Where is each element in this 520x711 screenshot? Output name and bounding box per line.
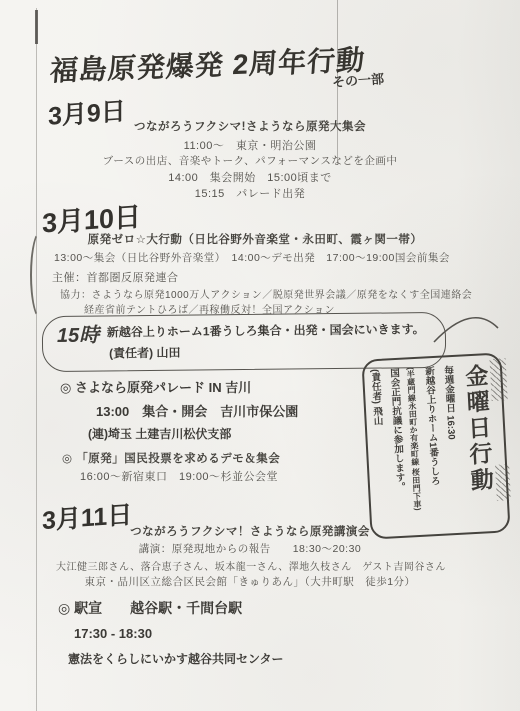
mar11-lecture-title: つながろうフクシマ！さようなら原発講演会 <box>50 523 450 539</box>
mar10-schedule: 13:00～集会（日比谷野外音楽堂） 14:00～デモ出発 17:00～19:0… <box>54 250 494 265</box>
mar10-event-title: 原発ゼロ☆大行動（日比谷野外音楽堂・永田町、霞ヶ関一帯） <box>50 231 460 247</box>
mar11-venue: 東京・品川区立総合区民会館「きゅりあん」（大井町駅 徒歩1分） <box>50 574 450 589</box>
street-time: 17:30 - 18:30 <box>74 626 152 641</box>
note-contact: (責任者) 山田 <box>109 344 181 362</box>
parade-support: (連)埼玉 土建吉川松伏支部 <box>88 425 231 442</box>
mar9-schedule: 14:00 集会開始 15:00頃まで <box>55 169 445 185</box>
mar10-organizer: 主催：首都圏反原発連合 <box>52 269 179 285</box>
friday-box-meeting-point: 新越谷上りホーム1番うしろ <box>421 366 443 527</box>
mar9-program: ブースの出店、音楽やトーク、パフォーマンスなどを企画中 <box>55 153 445 168</box>
friday-box-contact: (責任者) 飛山 <box>367 369 389 530</box>
demo-bullet-icon: ◎ <box>62 453 73 465</box>
parade-detail: 13:00 集合・開会 吉川市保公園 <box>96 401 298 420</box>
mar11-lecture-info: 講演：原発現地からの報告 18:30～20:30 <box>70 541 430 556</box>
friday-box-action: 国会正門抗議に参加します。 <box>386 368 408 529</box>
demo-title: 「原発」国民投票を求めるデモ＆集会 <box>76 453 280 465</box>
mar9-event-title: つながろうフクシマ!さようなら原発大集会 <box>55 118 445 134</box>
mar9-time-place: 11:00～ 東京・明治公園 <box>55 137 445 153</box>
parade-title: さよなら原発パレード IN 吉川 <box>75 380 251 395</box>
parade-bullet-icon: ◎ <box>60 380 71 395</box>
demo-detail: 16:00～新宿東口 19:00～杉並公会堂 <box>80 468 278 484</box>
page-title: 福島原発爆発 2周年行動 <box>49 38 367 89</box>
demo-title-line: ◎ 「原発」国民投票を求めるデモ＆集会 <box>62 450 280 466</box>
page-title-suffix: その一部 <box>331 68 384 91</box>
note-box-tail-stroke <box>432 300 502 345</box>
fold-line-left <box>36 8 37 711</box>
street-bullet-icon: ◎ <box>58 600 70 616</box>
parade-title-line: ◎ さよなら原発パレード IN 吉川 <box>60 377 251 396</box>
street-title: 駅宣 越谷駅・千間台駅 <box>74 600 242 616</box>
street-campaign-line: ◎ 駅宣 越谷駅・千間台駅 <box>58 598 242 618</box>
note-time: 15時 <box>57 319 100 348</box>
street-organizer: 憲法をくらしにいかす越谷共同センター <box>68 650 284 667</box>
mar11-speakers: 大江健三郎さん、落合恵子さん、坂本龍一さん、澤地久枝さん ゲスト吉岡谷さん <box>56 558 496 573</box>
scanned-flyer-page: 福島原発爆発 2周年行動 その一部 3月9日 つながろうフクシマ!さようなら原発… <box>0 0 520 711</box>
mar10-cooperation-1: 協力：さようなら原発1000万人アクション／脱原発世界会議／原発をなくす全国連絡… <box>60 286 472 301</box>
note-text: 新越谷上りホーム1番うしろ集合・出発・国会にいきます。 <box>107 320 425 340</box>
hand-drawn-bracket <box>30 230 52 320</box>
friday-action-box: 金曜日行動 毎週金曜日 16:30 新越谷上りホーム1番うしろ (半蔵門線永田町… <box>361 352 510 539</box>
friday-box-when: 毎週金曜日 16:30 <box>440 365 462 526</box>
scan-mark-top-left <box>35 10 38 44</box>
